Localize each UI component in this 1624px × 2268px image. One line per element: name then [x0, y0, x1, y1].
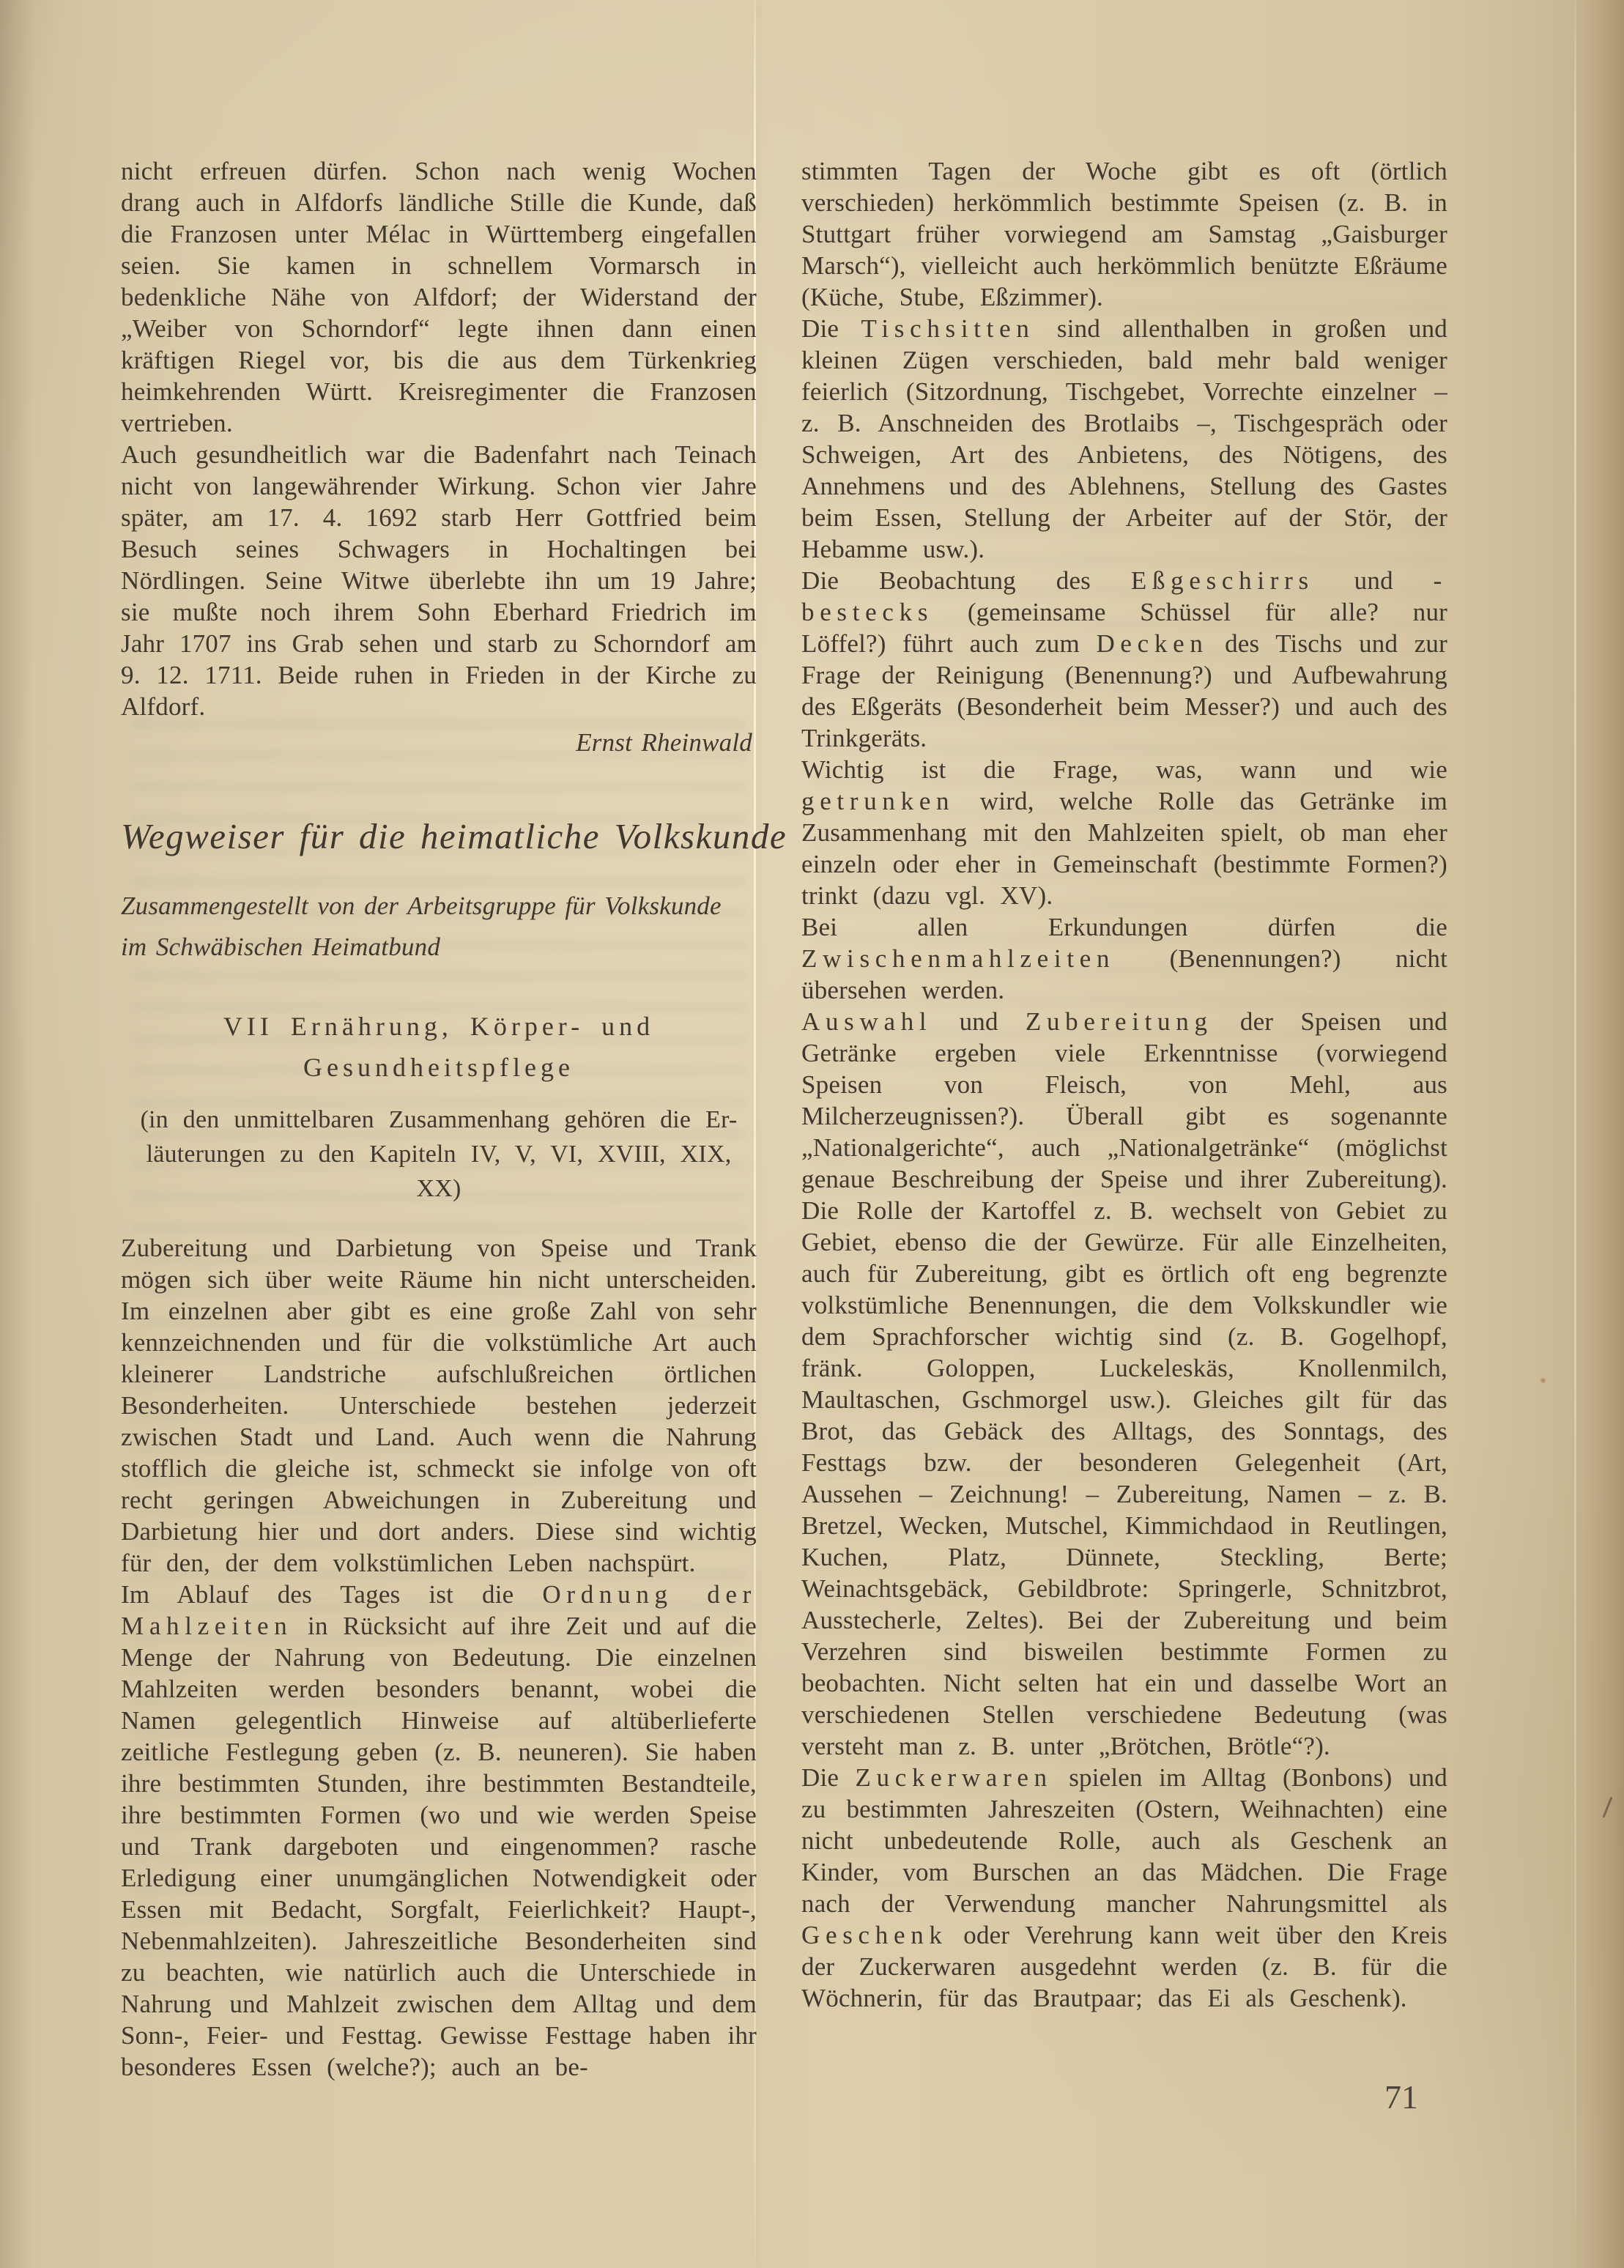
- section-heading: VII Ernährung, Körper- und Gesundheitspf…: [121, 1006, 757, 1088]
- paragraph: Auch gesundheitlich war die Badenfahrt n…: [121, 439, 757, 722]
- author-signature: Ernst Rheinwald: [121, 727, 757, 758]
- scanned-book-page: nicht erfreuen dürfen. Schon nach wenig …: [0, 0, 1624, 2268]
- section-note: (in den unmittelbaren Zusammenhang gehör…: [121, 1102, 757, 1206]
- paragraph: nicht erfreuen dürfen. Schon nach wenig …: [121, 155, 757, 439]
- paragraph: Im Ablauf des Tages ist die Ordnung der …: [121, 1579, 757, 2083]
- paragraph: stimmten Tagen der Woche gibt es oft (ör…: [801, 155, 1447, 313]
- paragraph: Die Zuckerwaren spielen im Alltag (Bonbo…: [801, 1762, 1447, 2014]
- page-right-edge-shadow: [1573, 0, 1624, 2268]
- paragraph: Die Beobachtung des Eßgeschirrs und -bes…: [801, 565, 1447, 754]
- article-title: Wegweiser für die heimatliche Volkskunde: [121, 817, 757, 856]
- page-number: 71: [1361, 2078, 1442, 2116]
- paragraph: Auswahl und Zubereitung der Speisen und …: [801, 1006, 1447, 1762]
- paragraph: Zubereitung und Darbietung von Speise un…: [121, 1232, 757, 1579]
- paragraph: Bei allen Erkundungen dürfen die Zwische…: [801, 911, 1447, 1006]
- page-left-edge-shadow: [0, 0, 34, 2268]
- article-subtitle: Zusammengestellt von der Arbeitsgruppe f…: [121, 886, 757, 968]
- paragraph: Wichtig ist die Frage, was, wann und wie…: [801, 754, 1447, 911]
- ink-speck: [1540, 1377, 1546, 1384]
- paragraph: Die Tischsitten sind allenthalben in gro…: [801, 313, 1447, 565]
- left-text-column: nicht erfreuen dürfen. Schon nach wenig …: [121, 155, 757, 2083]
- right-text-column: stimmten Tagen der Woche gibt es oft (ör…: [801, 155, 1447, 2014]
